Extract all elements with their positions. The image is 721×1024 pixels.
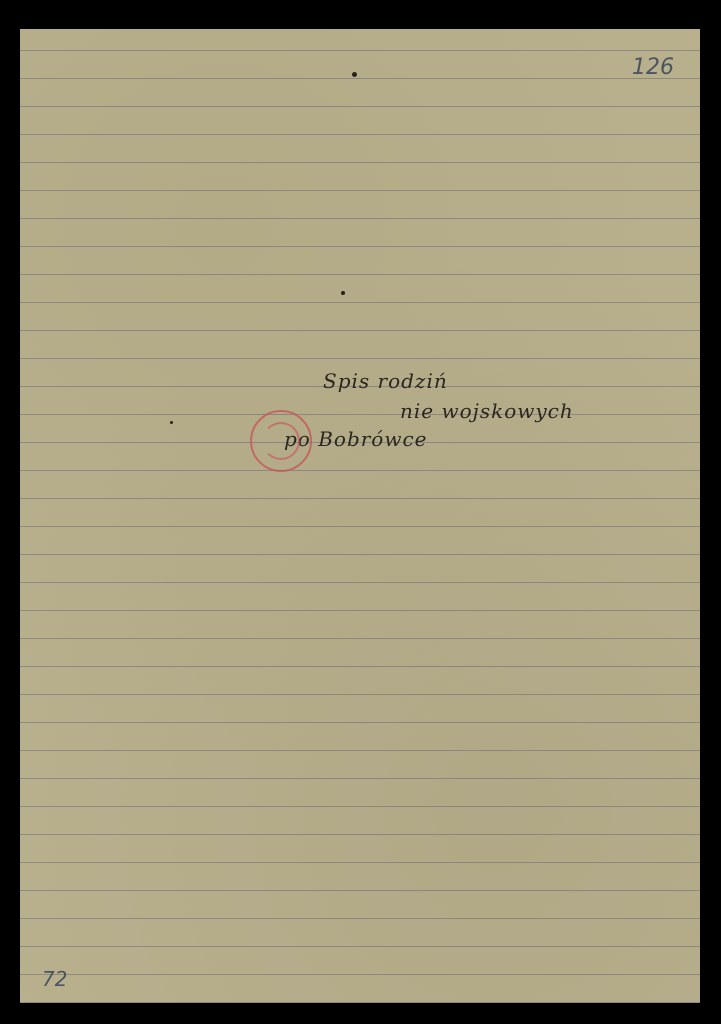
lined-paper-page: 126 72 Spis rodziń nie wojskowych po Bob… [20, 29, 700, 1003]
title-line-2: nie wojskowych [400, 399, 574, 423]
ink-speck [170, 421, 173, 424]
folio-number: 72 [42, 967, 67, 991]
ink-speck [341, 291, 345, 295]
archive-stamp [250, 410, 312, 472]
page-number: 126 [632, 55, 674, 80]
ink-speck [352, 72, 357, 77]
title-line-1: Spis rodziń [323, 369, 448, 393]
